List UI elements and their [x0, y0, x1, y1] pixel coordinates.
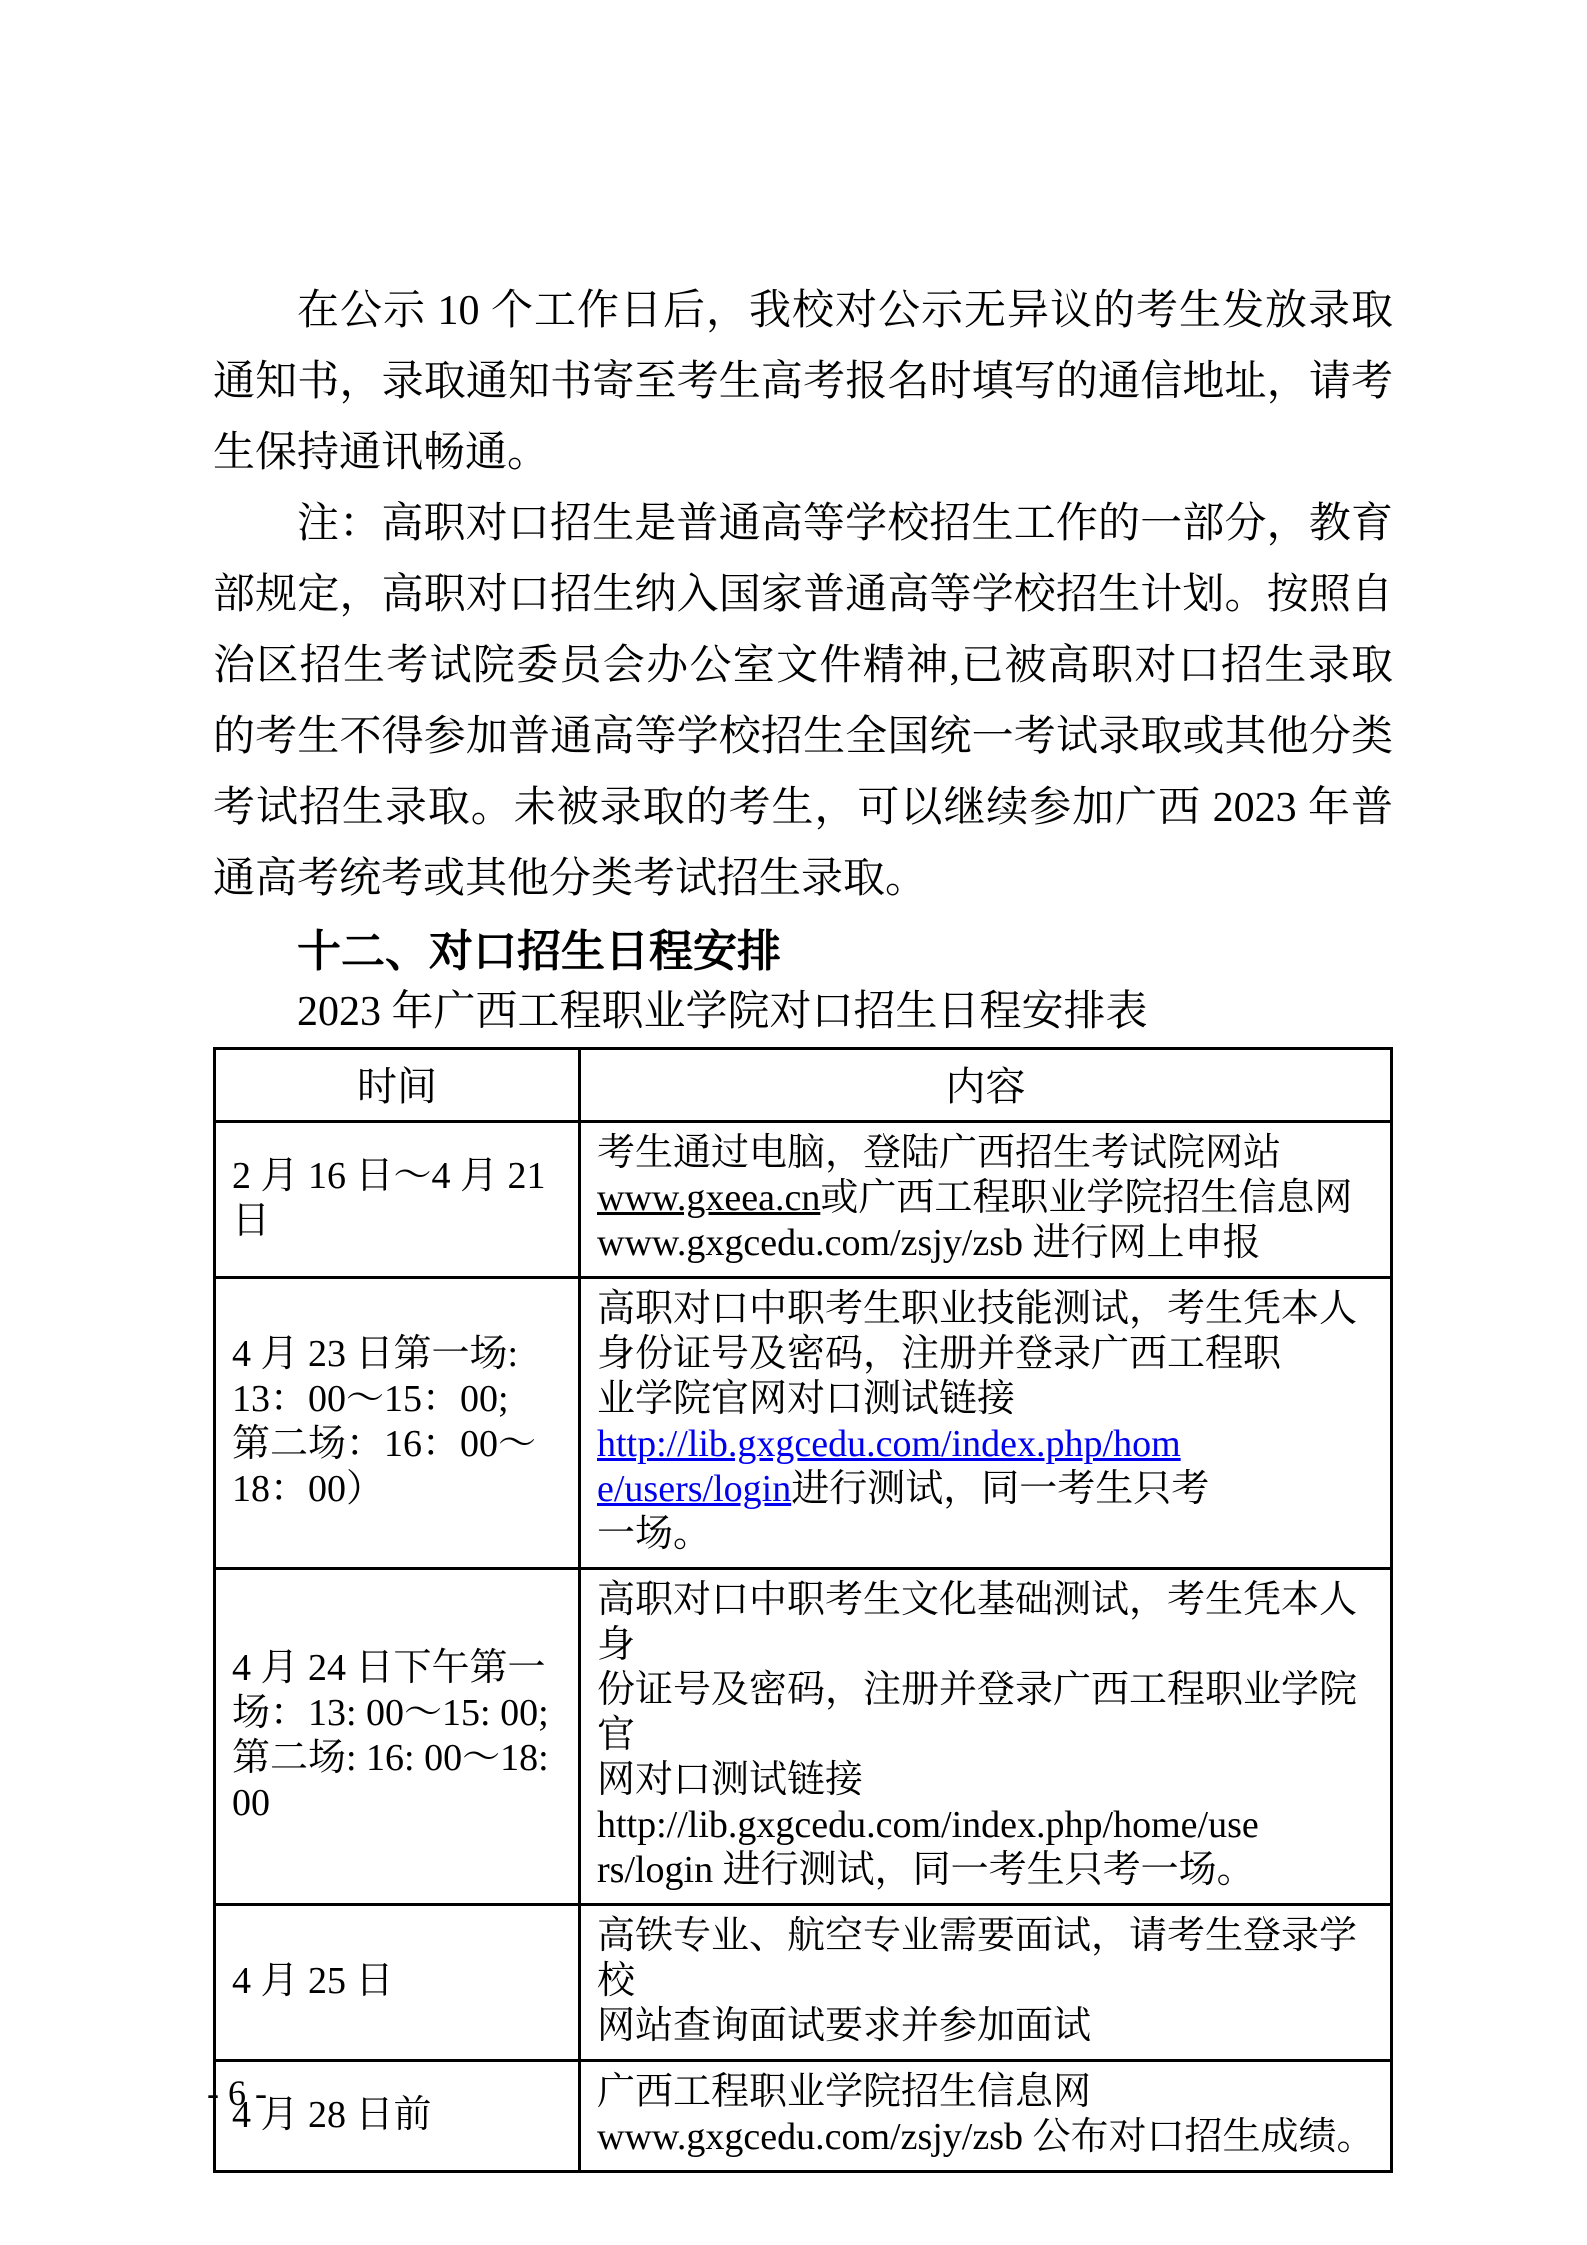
row3-time: 4 月 24 日下午第一 场：13: 00～15: 00; 第二场: 16: 0… — [215, 1569, 580, 1905]
table-title: 2023 年广西工程职业学院对口招生日程安排表 — [213, 983, 1393, 1041]
row5-content-text: 广西工程职业学院招生信息网 www.gxgcedu.com/zsjy/zsb 公… — [597, 2071, 1375, 2158]
row2-content-text: 高职对口中职考生职业技能测试，考生凭本人 身份证号及密码，注册并登录广西工程职 … — [597, 1288, 1357, 1420]
table-row-culture-test: 4 月 24 日下午第一 场：13: 00～15: 00; 第二场: 16: 0… — [215, 1569, 1392, 1905]
page-number: - 6 - — [207, 2072, 267, 2114]
row5-content: 广西工程职业学院招生信息网 www.gxgcedu.com/zsjy/zsb 公… — [580, 2061, 1392, 2172]
row3-content: 高职对口中职考生文化基础测试，考生凭本人身 份证号及密码，注册并登录广西工程职业… — [580, 1569, 1392, 1905]
row2-time: 4 月 23 日第一场: 13：00～15：00; 第二场：16：00～ 18：… — [215, 1278, 580, 1569]
schedule-table: 时间 内容 2 月 16 日～4 月 21 日 考生通过电脑，登陆广西招生考试院… — [213, 1047, 1393, 2173]
row1-content: 考生通过电脑，登陆广西招生考试院网站 www.gxeea.cn或广西工程职业学院… — [580, 1122, 1392, 1278]
row4-time: 4 月 25 日 — [215, 1905, 580, 2061]
gxeea-link[interactable]: www.gxeea.cn — [597, 1177, 820, 1219]
table-header-row: 时间 内容 — [215, 1049, 1392, 1122]
row2-content: 高职对口中职考生职业技能测试，考生凭本人 身份证号及密码，注册并登录广西工程职 … — [580, 1278, 1392, 1569]
document-page: 在公示 10 个工作日后，我校对公示无异议的考生发放录取通知书，录取通知书寄至考… — [0, 0, 1587, 2245]
table-row-skill-test: 4 月 23 日第一场: 13：00～15：00; 第二场：16：00～ 18：… — [215, 1278, 1392, 1569]
row4-content: 高铁专业、航空专业需要面试，请考生登录学校 网站查询面试要求并参加面试 — [580, 1905, 1392, 2061]
row4-content-text: 高铁专业、航空专业需要面试，请考生登录学校 网站查询面试要求并参加面试 — [597, 1915, 1357, 2047]
row1-content-text: 考生通过电脑，登陆广西招生考试院网站 — [597, 1132, 1281, 1174]
column-header-time: 时间 — [215, 1049, 580, 1122]
paragraph-note: 注：高职对口招生是普通高等学校招生工作的一部分，教育部规定，高职对口招生纳入国家… — [213, 489, 1393, 915]
row5-time: 4 月 28 日前 — [215, 2061, 580, 2172]
table-row-interview: 4 月 25 日 高铁专业、航空专业需要面试，请考生登录学校 网站查询面试要求并… — [215, 1905, 1392, 2061]
paragraph-admission-notice: 在公示 10 个工作日后，我校对公示无异议的考生发放录取通知书，录取通知书寄至考… — [213, 276, 1393, 489]
content-column: 在公示 10 个工作日后，我校对公示无异议的考生发放录取通知书，录取通知书寄至考… — [213, 276, 1393, 2173]
column-header-content: 内容 — [580, 1049, 1392, 1122]
row1-time: 2 月 16 日～4 月 21 日 — [215, 1122, 580, 1278]
table-row-online-application: 2 月 16 日～4 月 21 日 考生通过电脑，登陆广西招生考试院网站 www… — [215, 1122, 1392, 1278]
section-heading: 十二、对口招生日程安排 — [213, 921, 1393, 983]
row3-content-text: 高职对口中职考生文化基础测试，考生凭本人身 份证号及密码，注册并登录广西工程职业… — [597, 1579, 1357, 1891]
table-row-results: 4 月 28 日前 广西工程职业学院招生信息网 www.gxgcedu.com/… — [215, 2061, 1392, 2172]
